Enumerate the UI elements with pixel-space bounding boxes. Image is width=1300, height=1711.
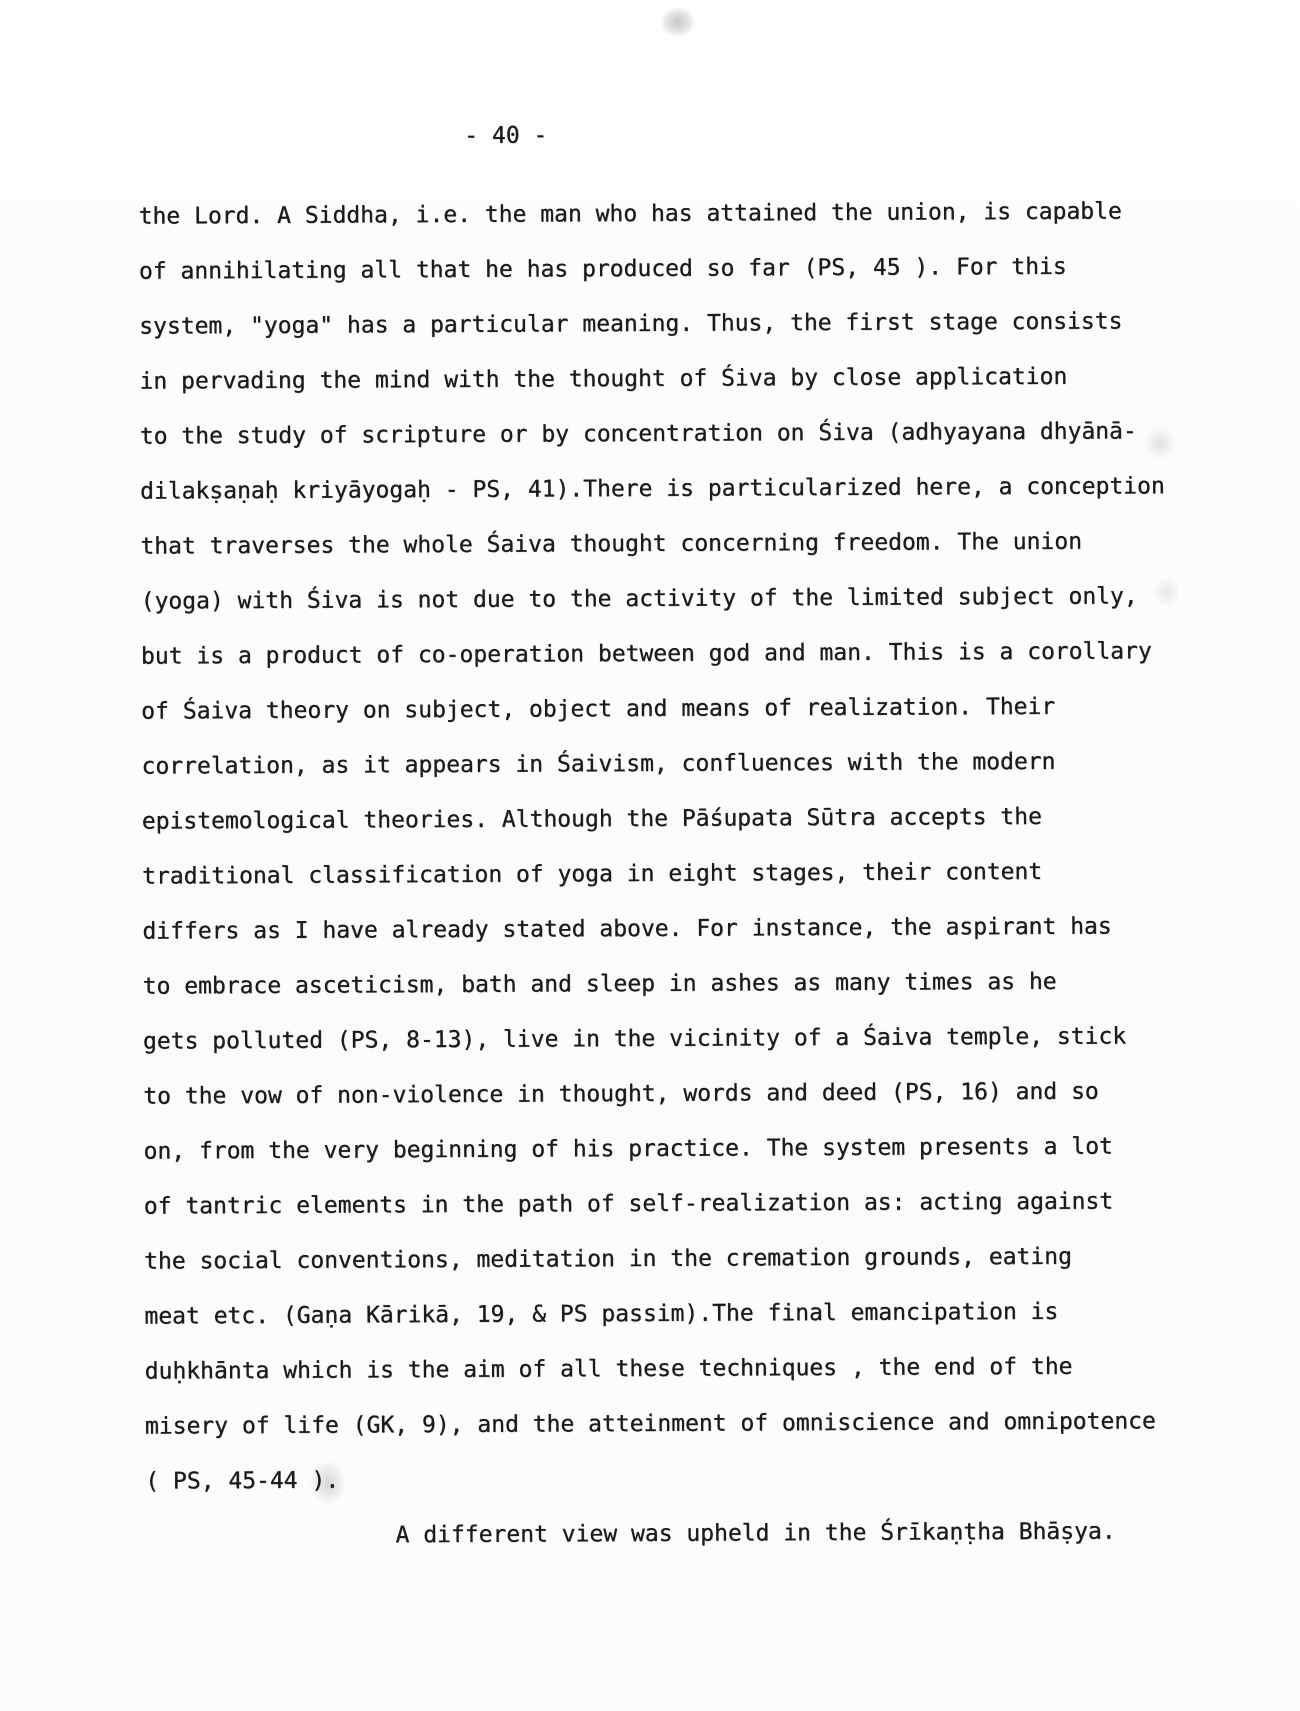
text-line: that traverses the whole Śaiva thought c… <box>140 514 1240 575</box>
page-number: - 40 - <box>464 123 547 149</box>
text-line: dilakṣaṇaḥ kriyāyogaḥ - PS, 41).There is… <box>140 459 1240 520</box>
text-line: duḥkhānta which is the aim of all these … <box>145 1339 1245 1400</box>
text-line: to embrace asceticism, bath and sleep in… <box>143 954 1243 1015</box>
text-line: differs as I have already stated above. … <box>142 899 1242 960</box>
text-line: gets polluted (PS, 8-13), live in the vi… <box>143 1009 1243 1070</box>
text-line: in pervading the mind with the thought o… <box>139 349 1239 410</box>
text-line: to the vow of non-violence in thought, w… <box>143 1064 1243 1125</box>
text-line: ( PS, 45-44 ). <box>145 1449 1245 1510</box>
text-line: but is a product of co-operation between… <box>141 624 1241 685</box>
text-line: the social conventions, meditation in th… <box>144 1229 1244 1290</box>
text-line: traditional classification of yoga in ei… <box>142 844 1242 905</box>
body-text-block: the Lord. A Siddha, i.e. the man who has… <box>139 184 1246 1510</box>
text-line: meat etc. (Gaṇa Kārikā, 19, & PS passim)… <box>144 1284 1244 1345</box>
text-line: of annihilating all that he has produced… <box>139 239 1239 300</box>
text-line: on, from the very beginning of his pract… <box>143 1119 1243 1180</box>
text-line: misery of life (GK, 9), and the atteinme… <box>145 1394 1245 1455</box>
text-line: (yoga) with Śiva is not due to the activ… <box>141 569 1241 630</box>
paragraph-opening-line: A different view was upheld in the Śrīka… <box>395 1505 1115 1564</box>
typed-content: - 40 - the Lord. A Siddha, i.e. the man … <box>0 0 1300 1711</box>
text-line: system, "yoga" has a particular meaning.… <box>139 294 1239 355</box>
text-line: to the study of scripture or by concentr… <box>140 404 1240 465</box>
text-line: of tantric elements in the path of self-… <box>144 1174 1244 1235</box>
text-line: epistemological theories. Although the P… <box>142 789 1242 850</box>
text-line: the Lord. A Siddha, i.e. the man who has… <box>139 184 1239 245</box>
text-line: correlation, as it appears in Śaivism, c… <box>141 734 1241 795</box>
text-line: of Śaiva theory on subject, object and m… <box>141 679 1241 740</box>
scanned-document-page: - 40 - the Lord. A Siddha, i.e. the man … <box>0 0 1300 1711</box>
